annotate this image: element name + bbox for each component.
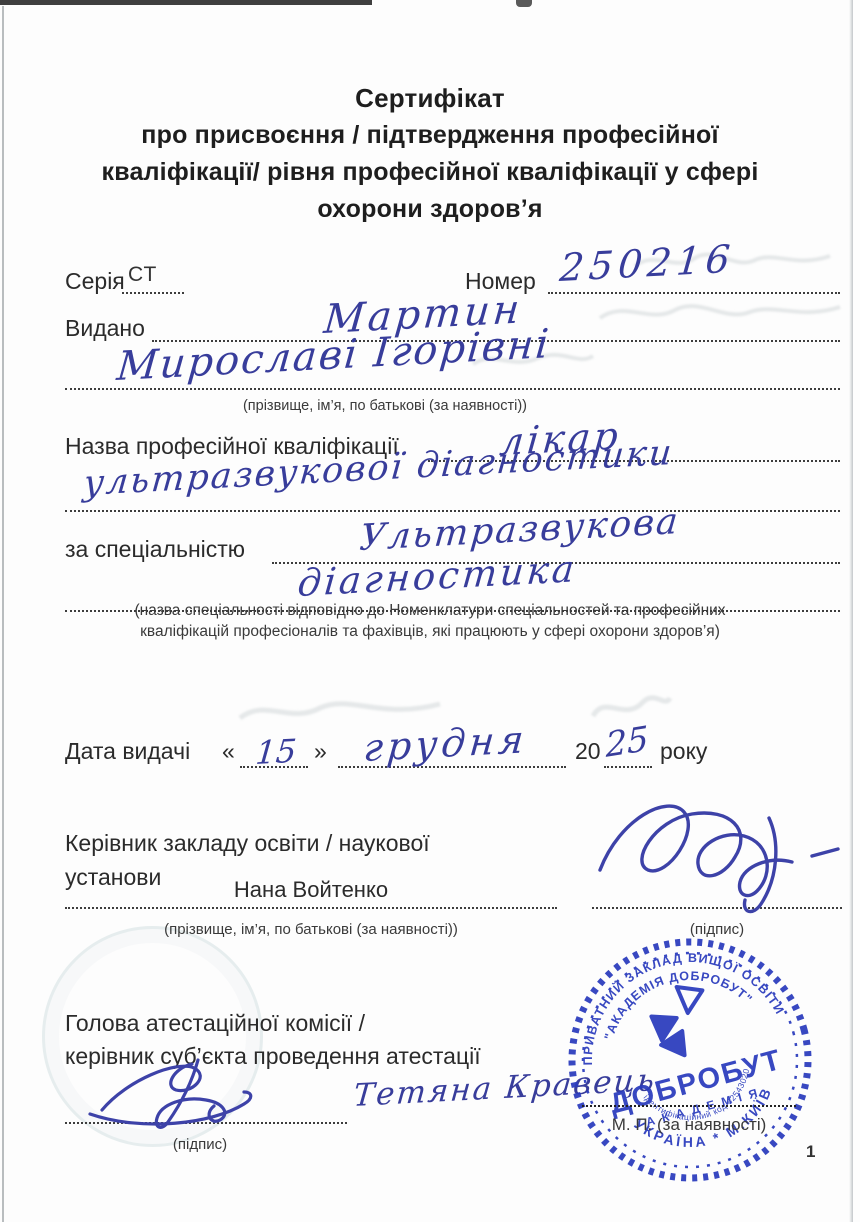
certificate-page: Сертифікат про присвоєння / підтвердженн… <box>0 0 860 1222</box>
certificate-title: Сертифікат про присвоєння / підтвердженн… <box>40 80 820 228</box>
stamp-triangles-logo <box>646 981 718 1061</box>
issue-date-year-line <box>604 766 652 768</box>
director-name-caption: (прізвище, ім’я, по батькові (за наявнос… <box>65 921 557 938</box>
head-signature <box>72 1052 342 1132</box>
specialty-caption-line-1: (назва спеціальності відповідно до Номен… <box>85 600 775 621</box>
academy-dobrobut-stamp: ПРИВАТНИЙ ЗАКЛАД ВИЩОЇ ОСВІТИ "АКАДЕМІЯ … <box>560 930 820 1190</box>
director-name: Нана Войтенко <box>65 877 557 903</box>
issue-date-month-handwritten: грудня <box>362 717 530 770</box>
series-value: СТ <box>128 263 157 287</box>
specialty-caption: (назва спеціальності відповідно до Номен… <box>85 600 775 642</box>
issue-date-quote-open: « <box>222 738 235 765</box>
issued-label: Видано <box>65 315 145 342</box>
number-handwritten-value: 250216 <box>558 237 737 290</box>
issue-date-word: року <box>660 738 707 765</box>
issue-date-year-handwritten: 25 <box>605 719 648 766</box>
scan-edge-left <box>2 6 4 1222</box>
issue-date-label: Дата видачі <box>65 738 190 765</box>
seal-dotted-line <box>582 1105 796 1107</box>
specialty-label: за спеціальністю <box>65 536 245 563</box>
title-line-2: про присвоєння / підтвердження професійн… <box>40 117 820 154</box>
issue-date-day-handwritten: 15 <box>254 732 298 772</box>
title-line-4: охорони здоров’я <box>40 191 820 228</box>
scan-edge-right <box>849 0 853 1222</box>
series-label: Серія <box>65 268 125 295</box>
director-signature <box>572 790 857 918</box>
specialty-handwritten-2: діагностика <box>296 547 579 605</box>
scan-edge-top <box>0 0 372 5</box>
bleed-ghost-squiggle <box>595 292 845 330</box>
head-sign-caption: (підпис) <box>110 1136 290 1153</box>
qualification-dotted-line-2 <box>65 510 840 512</box>
issue-date-quote-close: » <box>314 738 327 765</box>
issued-name-caption: (прізвище, ім’я, по батькові (за наявнос… <box>95 398 675 414</box>
director-name-line <box>65 907 557 909</box>
issued-dotted-line-2 <box>65 388 840 390</box>
director-label-line-1: Керівник закладу освіти / наукової <box>65 830 430 857</box>
seal-note: М. П. (за наявності) <box>582 1115 796 1135</box>
title-line-1: Сертифікат <box>40 80 820 117</box>
scan-edge-top-blob <box>516 0 532 7</box>
title-line-3: кваліфікації/ рівня професійної кваліфік… <box>40 154 820 191</box>
series-dotted-line <box>122 292 184 294</box>
number-dotted-line <box>548 292 840 294</box>
specialty-caption-line-2: кваліфікацій професіоналів та фахівців, … <box>85 621 775 642</box>
issue-date-century: 20 <box>575 738 601 765</box>
head-label-line-1: Голова атестаційної комісії / <box>65 1010 365 1037</box>
